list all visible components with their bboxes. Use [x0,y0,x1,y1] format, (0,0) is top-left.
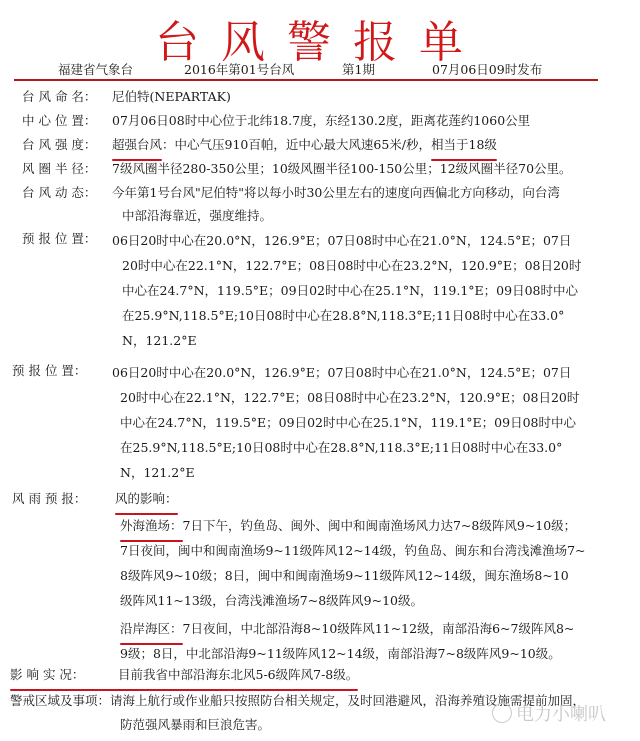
highlight-coastal: 沿岸海区： [120,616,183,641]
wechat-icon [492,703,512,723]
field-forecast1: 06日20时中心在20.0°N，126.9°E；07日08时中心在21.0°N，… [112,228,602,353]
field-name: 台 风 命 名：尼伯特(NEPARTAK) [22,86,231,109]
field-rain-offshore: 外海渔场：7日下午，钓鱼岛、闽外、闽中和闽南渔场风力达7~8级阵风9~10级； … [120,513,610,613]
highlight-super-typhoon: 超强台风 [112,134,162,157]
highlight-impact: 影 响 实 况：目前我省中部沿海东北风5-6级阵风7-8级。 [10,664,358,687]
issue-time: 07月06日09时发布 [432,60,542,78]
field-forecast2: 06日20时中心在20.0°N，126.9°E；07日08时中心在21.0°N，… [112,360,602,485]
header-rule [14,79,598,81]
field-rain-coastal: 沿岸海区：7日夜间，中北部沿海8~10级阵风11~12级，南部沿海6~7级阵风8… [120,616,610,666]
field-rain-label: 风 雨 预 报：风的影响： [12,488,178,511]
highlight-level-18: 相当于18级 [431,134,497,157]
watermark: 电力小喇叭 [492,700,606,726]
field-movement: 今年第1号台风"尼伯特"将以每小时30公里左右的速度向西偏北方向移动，向台湾 中… [112,182,602,227]
field-radius: 风 圈 半 径：7级风圈半径280-350公里；10级风圈半径100-150公里… [22,158,572,181]
field-movement-label: 台 风 动 态： [22,182,112,205]
field-impact: 影 响 实 况：目前我省中部沿海东北风5-6级阵风7-8级。 [10,664,358,687]
field-forecast1-label: 预 报 位 置： [22,228,112,251]
field-position: 中 心 位 置：07月06日08时中心位于北纬18.7度，东经130.2度，距离… [22,110,530,133]
highlight-wind-impact: 风的影响： [115,488,178,511]
field-intensity: 台 风 强 度：超强台风：中心气压910百帕，近中心最大风速65米/秒，相当于1… [22,134,497,157]
issue-number: 第1期 [342,60,375,78]
field-forecast2-label: 预 报 位 置： [12,360,112,383]
typhoon-number: 2016年第01号台风 [184,60,294,78]
agency: 福建省气象台 [58,60,133,78]
field-warning-cont: 防范强风暴雨和巨浪危害。 [120,714,270,737]
highlight-offshore: 外海渔场： [120,513,183,538]
